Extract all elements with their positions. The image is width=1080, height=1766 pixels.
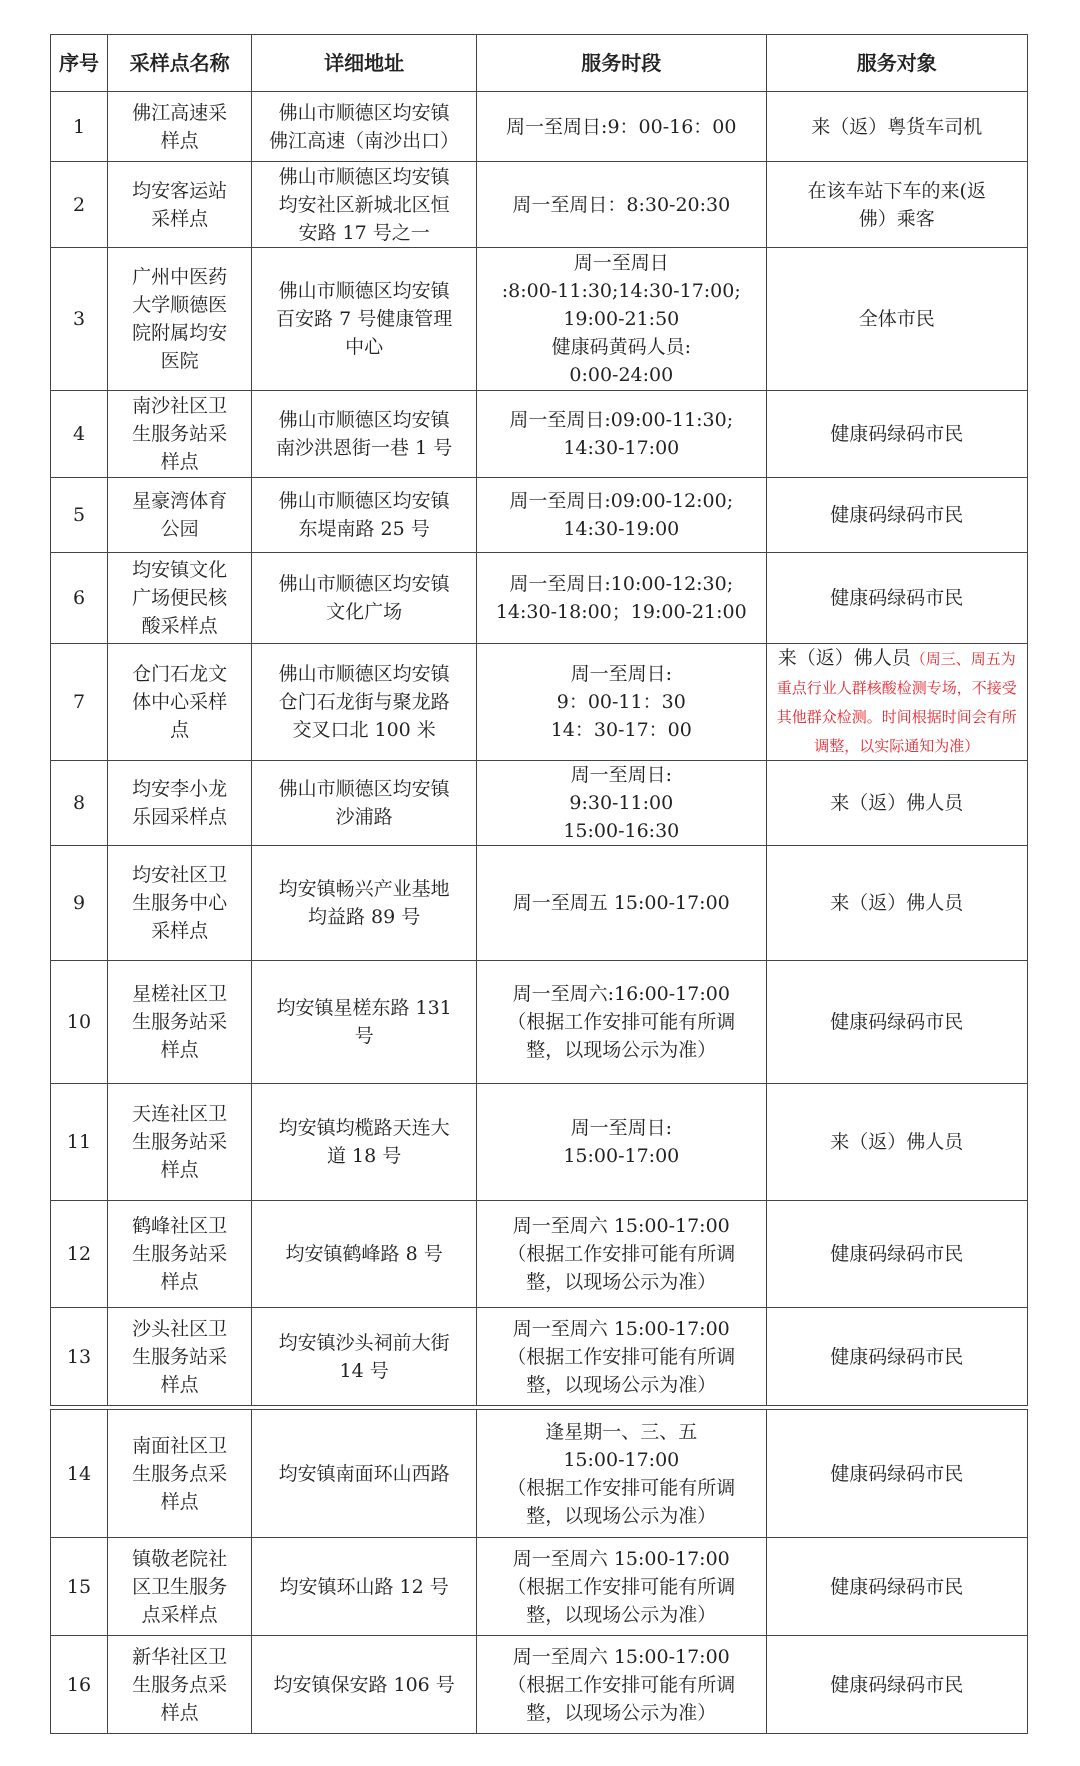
cell-hours-line: 周一至周日: xyxy=(483,1114,759,1142)
cell-site-name-line: 鹤峰社区卫 xyxy=(114,1212,245,1240)
cell-target-line: 健康码绿码市民 xyxy=(773,501,1022,529)
cell-hours: 周一至周日:8:00-11:30;14:30-17:00;19:00-21:50… xyxy=(477,248,766,391)
cell-site-name: 星豪湾体育公园 xyxy=(108,478,252,553)
cell-address-line: 均安镇鹤峰路 8 号 xyxy=(258,1240,470,1268)
cell-no: 6 xyxy=(51,553,108,644)
cell-site-name-line: 样点 xyxy=(114,1371,245,1399)
cell-site-name-line: 星槎社区卫 xyxy=(114,980,245,1008)
cell-site-name-line: 生服务点采 xyxy=(114,1671,245,1699)
cell-hours-line: 整，以现场公示为准） xyxy=(483,1268,759,1296)
cell-address: 均安镇沙头祠前大街14 号 xyxy=(252,1308,477,1406)
cell-target: 来（返）粤货车司机 xyxy=(766,92,1028,162)
cell-address: 均安镇鹤峰路 8 号 xyxy=(252,1201,477,1308)
cell-site-name-line: 广州中医药 xyxy=(114,263,245,291)
cell-address-line: 佛江高速（南沙出口） xyxy=(258,127,470,155)
cell-hours-line: :8:00-11:30;14:30-17:00; xyxy=(483,277,759,305)
cell-address-line: 佛山市顺德区均安镇 xyxy=(258,99,470,127)
cell-hours-line: 15:00-17:00 xyxy=(483,1142,759,1170)
cell-hours-line: 周一至周六 15:00-17:00 xyxy=(483,1315,759,1343)
cell-site-name: 南面社区卫生服务点采样点 xyxy=(108,1410,252,1538)
cell-hours: 周一至周日:15:00-17:00 xyxy=(477,1084,766,1201)
cell-target: 健康码绿码市民 xyxy=(766,961,1028,1084)
cell-hours-line: 周一至周六 15:00-17:00 xyxy=(483,1643,759,1671)
cell-address-line: 号 xyxy=(258,1022,470,1050)
table-row: 8均安李小龙乐园采样点佛山市顺德区均安镇沙浦路周一至周日:9:30-11:001… xyxy=(51,761,1028,846)
cell-hours: 周一至周六 15:00-17:00（根据工作安排可能有所调整，以现场公示为准） xyxy=(477,1201,766,1308)
cell-site-name: 星槎社区卫生服务站采样点 xyxy=(108,961,252,1084)
cell-site-name-line: 采样点 xyxy=(114,205,245,233)
cell-hours: 周一至周五 15:00-17:00 xyxy=(477,846,766,961)
table-row: 16新华社区卫生服务点采样点均安镇保安路 106 号周一至周六 15:00-17… xyxy=(51,1636,1028,1734)
table-row: 2均安客运站采样点佛山市顺德区均安镇均安社区新城北区恒安路 17 号之一周一至周… xyxy=(51,162,1028,248)
cell-site-name-line: 均安社区卫 xyxy=(114,861,245,889)
cell-site-name-line: 医院 xyxy=(114,347,245,375)
cell-site-name-line: 星豪湾体育 xyxy=(114,487,245,515)
cell-target-line: 健康码绿码市民 xyxy=(773,584,1022,612)
cell-hours-line: 周一至周六 15:00-17:00 xyxy=(483,1212,759,1240)
table-row: 10星槎社区卫生服务站采样点均安镇星槎东路 131号周一至周六:16:00-17… xyxy=(51,961,1028,1084)
cell-target-line: 来（返）佛人员 xyxy=(773,889,1022,917)
cell-hours-line: 周一至周六:16:00-17:00 xyxy=(483,980,759,1008)
cell-target: 在该车站下车的来(返佛）乘客 xyxy=(766,162,1028,248)
cell-address: 佛山市顺德区均安镇仓门石龙街与聚龙路交叉口北 100 米 xyxy=(252,644,477,761)
cell-site-name-line: 生服务站采 xyxy=(114,1343,245,1371)
cell-target-line: 佛）乘客 xyxy=(773,205,1022,233)
cell-address-line: 道 18 号 xyxy=(258,1142,470,1170)
cell-site-name-line: 样点 xyxy=(114,448,245,476)
cell-site-name-line: 点 xyxy=(114,716,245,744)
cell-hours-line: 14:30-17:00 xyxy=(483,434,759,462)
cell-no: 8 xyxy=(51,761,108,846)
cell-target: 健康码绿码市民 xyxy=(766,478,1028,553)
cell-address: 佛山市顺德区均安镇文化广场 xyxy=(252,553,477,644)
cell-hours-line: 健康码黄码人员: xyxy=(483,333,759,361)
cell-hours-line: 周一至周日 xyxy=(483,249,759,277)
cell-site-name-line: 生服务站采 xyxy=(114,420,245,448)
cell-hours-line: 14:30-19:00 xyxy=(483,515,759,543)
cell-site-name: 天连社区卫生服务站采样点 xyxy=(108,1084,252,1201)
cell-address-line: 佛山市顺德区均安镇 xyxy=(258,487,470,515)
cell-site-name: 均安客运站采样点 xyxy=(108,162,252,248)
cell-site-name: 均安李小龙乐园采样点 xyxy=(108,761,252,846)
cell-site-name-line: 点采样点 xyxy=(114,1601,245,1629)
cell-hours-line: 14：30-17：00 xyxy=(483,716,759,744)
cell-hours-line: 周一至周日:10:00-12:30; xyxy=(483,570,759,598)
cell-address-line: 中心 xyxy=(258,333,470,361)
cell-address-line: 文化广场 xyxy=(258,598,470,626)
cell-address: 均安镇保安路 106 号 xyxy=(252,1636,477,1734)
cell-address-line: 均安镇畅兴产业基地 xyxy=(258,875,470,903)
cell-no: 9 xyxy=(51,846,108,961)
cell-site-name-line: 均安镇文化 xyxy=(114,556,245,584)
cell-hours-line: 19:00-21:50 xyxy=(483,305,759,333)
cell-address-line: 佛山市顺德区均安镇 xyxy=(258,163,470,191)
cell-hours-line: 周一至周日:09:00-11:30; xyxy=(483,406,759,434)
cell-address-line: 均安镇沙头祠前大街 xyxy=(258,1329,470,1357)
cell-address-line: 沙浦路 xyxy=(258,803,470,831)
cell-hours: 周一至周六 15:00-17:00（根据工作安排可能有所调整，以现场公示为准） xyxy=(477,1308,766,1406)
header-no: 序号 xyxy=(51,35,108,92)
cell-site-name-line: 采样点 xyxy=(114,917,245,945)
cell-hours-line: 15:00-17:00 xyxy=(483,1446,759,1474)
cell-site-name: 均安镇文化广场便民核酸采样点 xyxy=(108,553,252,644)
cell-target-line: 健康码绿码市民 xyxy=(773,1240,1022,1268)
cell-hours-line: 整，以现场公示为准） xyxy=(483,1371,759,1399)
cell-hours: 周一至周六 15:00-17:00（根据工作安排可能有所调整，以现场公示为准） xyxy=(477,1636,766,1734)
cell-target-line: 来（返）佛人员 xyxy=(773,789,1022,817)
cell-hours-line: （根据工作安排可能有所调 xyxy=(483,1343,759,1371)
cell-address-line: 均安镇均榄路天连大 xyxy=(258,1114,470,1142)
cell-site-name: 新华社区卫生服务点采样点 xyxy=(108,1636,252,1734)
cell-hours-line: 0:00-24:00 xyxy=(483,361,759,389)
cell-address-line: 均安镇南面环山西路 xyxy=(258,1460,470,1488)
cell-target: 全体市民 xyxy=(766,248,1028,391)
cell-no: 14 xyxy=(51,1410,108,1538)
table-row: 9均安社区卫生服务中心采样点均安镇畅兴产业基地均益路 89 号周一至周五 15:… xyxy=(51,846,1028,961)
cell-target: 健康码绿码市民 xyxy=(766,1308,1028,1406)
cell-hours-line: 周一至周六 15:00-17:00 xyxy=(483,1545,759,1573)
cell-target-line: 健康码绿码市民 xyxy=(773,1573,1022,1601)
sampling-sites-table-continued: 14南面社区卫生服务点采样点均安镇南面环山西路逢星期一、三、五15:00-17:… xyxy=(50,1409,1028,1734)
table-row: 11天连社区卫生服务站采样点均安镇均榄路天连大道 18 号周一至周日:15:00… xyxy=(51,1084,1028,1201)
cell-hours-line: 逢星期一、三、五 xyxy=(483,1418,759,1446)
header-hours: 服务时段 xyxy=(477,35,766,92)
cell-hours: 周一至周日:9：00-11：3014：30-17：00 xyxy=(477,644,766,761)
cell-hours-line: （根据工作安排可能有所调 xyxy=(483,1008,759,1036)
cell-site-name-line: 沙头社区卫 xyxy=(114,1315,245,1343)
cell-address: 佛山市顺德区均安镇均安社区新城北区恒安路 17 号之一 xyxy=(252,162,477,248)
cell-hours-line: 周一至周五 15:00-17:00 xyxy=(483,889,759,917)
cell-site-name-line: 生服务站采 xyxy=(114,1240,245,1268)
cell-target: 来（返）佛人员（周三、周五为重点行业人群核酸检测专场，不接受其他群众检测。时间根… xyxy=(766,644,1028,761)
cell-hours-line: 15:00-16:30 xyxy=(483,817,759,845)
cell-site-name-line: 生服务站采 xyxy=(114,1128,245,1156)
cell-address-line: 仓门石龙街与聚龙路 xyxy=(258,688,470,716)
cell-target-line: 来（返）佛人员 xyxy=(773,1128,1022,1156)
cell-target: 健康码绿码市民 xyxy=(766,391,1028,478)
cell-site-name-line: 南沙社区卫 xyxy=(114,392,245,420)
cell-hours-line: （根据工作安排可能有所调 xyxy=(483,1240,759,1268)
header-address: 详细地址 xyxy=(252,35,477,92)
cell-hours: 周一至周日:09:00-11:30;14:30-17:00 xyxy=(477,391,766,478)
cell-site-name-line: 仓门石龙文 xyxy=(114,660,245,688)
cell-no: 2 xyxy=(51,162,108,248)
header-row: 序号 采样点名称 详细地址 服务时段 服务对象 xyxy=(51,35,1028,92)
cell-target-line: 健康码绿码市民 xyxy=(773,1343,1022,1371)
cell-address: 均安镇星槎东路 131号 xyxy=(252,961,477,1084)
cell-hours-line: （根据工作安排可能有所调 xyxy=(483,1573,759,1601)
cell-site-name-line: 体中心采样 xyxy=(114,688,245,716)
cell-hours: 周一至周日:09:00-12:00;14:30-19:00 xyxy=(477,478,766,553)
cell-hours: 周一至周六 15:00-17:00（根据工作安排可能有所调整，以现场公示为准） xyxy=(477,1538,766,1636)
cell-hours: 周一至周日:9：00-16：00 xyxy=(477,92,766,162)
cell-hours: 周一至周日:10:00-12:30;14:30-18:00；19:00-21:0… xyxy=(477,553,766,644)
cell-site-name-line: 均安客运站 xyxy=(114,177,245,205)
cell-address-line: 均安社区新城北区恒 xyxy=(258,191,470,219)
cell-site-name-line: 生服务点采 xyxy=(114,1460,245,1488)
table-row: 1佛江高速采样点佛山市顺德区均安镇佛江高速（南沙出口）周一至周日:9：00-16… xyxy=(51,92,1028,162)
cell-target-line: 健康码绿码市民 xyxy=(773,1460,1022,1488)
cell-target: 来（返）佛人员 xyxy=(766,846,1028,961)
cell-site-name-line: 生服务中心 xyxy=(114,889,245,917)
cell-site-name: 广州中医药大学顺德医院附属均安医院 xyxy=(108,248,252,391)
cell-no: 3 xyxy=(51,248,108,391)
cell-hours-line: 周一至周日:9：00-16：00 xyxy=(483,113,759,141)
cell-site-name-line: 大学顺德医 xyxy=(114,291,245,319)
cell-address-line: 佛山市顺德区均安镇 xyxy=(258,775,470,803)
cell-site-name-line: 生服务站采 xyxy=(114,1008,245,1036)
cell-no: 13 xyxy=(51,1308,108,1406)
table-body: 1佛江高速采样点佛山市顺德区均安镇佛江高速（南沙出口）周一至周日:9：00-16… xyxy=(51,92,1028,1406)
cell-address: 均安镇环山路 12 号 xyxy=(252,1538,477,1636)
cell-site-name-line: 样点 xyxy=(114,1036,245,1064)
cell-no: 12 xyxy=(51,1201,108,1308)
cell-site-name-line: 酸采样点 xyxy=(114,612,245,640)
cell-hours: 周一至周日:9:30-11:0015:00-16:30 xyxy=(477,761,766,846)
cell-address-line: 均安镇星槎东路 131 xyxy=(258,994,470,1022)
table-row: 3广州中医药大学顺德医院附属均安医院佛山市顺德区均安镇百安路 7 号健康管理中心… xyxy=(51,248,1028,391)
cell-address-line: 均安镇环山路 12 号 xyxy=(258,1573,470,1601)
table-row: 7仓门石龙文体中心采样点佛山市顺德区均安镇仓门石龙街与聚龙路交叉口北 100 米… xyxy=(51,644,1028,761)
cell-no: 5 xyxy=(51,478,108,553)
cell-site-name: 南沙社区卫生服务站采样点 xyxy=(108,391,252,478)
header-target: 服务对象 xyxy=(766,35,1028,92)
cell-hours: 逢星期一、三、五15:00-17:00（根据工作安排可能有所调整，以现场公示为准… xyxy=(477,1410,766,1538)
cell-site-name-line: 新华社区卫 xyxy=(114,1643,245,1671)
table-body: 14南面社区卫生服务点采样点均安镇南面环山西路逢星期一、三、五15:00-17:… xyxy=(51,1410,1028,1734)
table-row: 15镇敬老院社区卫生服务点采样点均安镇环山路 12 号周一至周六 15:00-1… xyxy=(51,1538,1028,1636)
cell-target: 健康码绿码市民 xyxy=(766,553,1028,644)
cell-target-line: 健康码绿码市民 xyxy=(773,1008,1022,1036)
cell-address-line: 南沙洪恩街一巷 1 号 xyxy=(258,434,470,462)
cell-site-name-line: 广场便民核 xyxy=(114,584,245,612)
cell-hours-line: 周一至周日：8:30-20:30 xyxy=(483,191,759,219)
cell-site-name: 仓门石龙文体中心采样点 xyxy=(108,644,252,761)
cell-site-name-line: 样点 xyxy=(114,1156,245,1184)
cell-target: 来（返）佛人员 xyxy=(766,1084,1028,1201)
cell-no: 11 xyxy=(51,1084,108,1201)
cell-address: 佛山市顺德区均安镇百安路 7 号健康管理中心 xyxy=(252,248,477,391)
cell-address-line: 佛山市顺德区均安镇 xyxy=(258,570,470,598)
cell-address: 佛山市顺德区均安镇沙浦路 xyxy=(252,761,477,846)
cell-no: 1 xyxy=(51,92,108,162)
cell-site-name-line: 均安李小龙 xyxy=(114,775,245,803)
cell-hours-line: 9：00-11：30 xyxy=(483,688,759,716)
cell-hours-line: 整，以现场公示为准） xyxy=(483,1601,759,1629)
cell-hours: 周一至周六:16:00-17:00（根据工作安排可能有所调整，以现场公示为准） xyxy=(477,961,766,1084)
cell-no: 16 xyxy=(51,1636,108,1734)
cell-site-name-line: 样点 xyxy=(114,1488,245,1516)
cell-site-name-line: 南面社区卫 xyxy=(114,1432,245,1460)
cell-hours-line: 14:30-18:00；19:00-21:00 xyxy=(483,598,759,626)
cell-site-name-line: 公园 xyxy=(114,515,245,543)
cell-no: 7 xyxy=(51,644,108,761)
cell-site-name-line: 样点 xyxy=(114,1268,245,1296)
table-row: 14南面社区卫生服务点采样点均安镇南面环山西路逢星期一、三、五15:00-17:… xyxy=(51,1410,1028,1538)
cell-site-name-line: 院附属均安 xyxy=(114,319,245,347)
cell-address-line: 佛山市顺德区均安镇 xyxy=(258,406,470,434)
cell-site-name-line: 样点 xyxy=(114,127,245,155)
cell-address-line: 佛山市顺德区均安镇 xyxy=(258,660,470,688)
cell-address: 均安镇均榄路天连大道 18 号 xyxy=(252,1084,477,1201)
cell-target: 来（返）佛人员 xyxy=(766,761,1028,846)
cell-address-line: 均安镇保安路 106 号 xyxy=(258,1671,470,1699)
cell-target-line: 来（返）粤货车司机 xyxy=(773,113,1022,141)
cell-site-name-line: 区卫生服务 xyxy=(114,1573,245,1601)
cell-site-name-line: 天连社区卫 xyxy=(114,1100,245,1128)
cell-hours-line: 周一至周日: xyxy=(483,660,759,688)
cell-address: 佛山市顺德区均安镇南沙洪恩街一巷 1 号 xyxy=(252,391,477,478)
cell-address: 均安镇畅兴产业基地均益路 89 号 xyxy=(252,846,477,961)
cell-address: 均安镇南面环山西路 xyxy=(252,1410,477,1538)
table-row: 12鹤峰社区卫生服务站采样点均安镇鹤峰路 8 号周一至周六 15:00-17:0… xyxy=(51,1201,1028,1308)
cell-address-line: 东堤南路 25 号 xyxy=(258,515,470,543)
cell-hours-line: 周一至周日: xyxy=(483,761,759,789)
cell-hours-line: 整，以现场公示为准） xyxy=(483,1036,759,1064)
cell-no: 10 xyxy=(51,961,108,1084)
cell-site-name-line: 样点 xyxy=(114,1699,245,1727)
cell-address: 佛山市顺德区均安镇佛江高速（南沙出口） xyxy=(252,92,477,162)
cell-address-line: 百安路 7 号健康管理 xyxy=(258,305,470,333)
cell-hours-line: 9:30-11:00 xyxy=(483,789,759,817)
table-row: 13沙头社区卫生服务站采样点均安镇沙头祠前大街14 号周一至周六 15:00-1… xyxy=(51,1308,1028,1406)
cell-hours-line: （根据工作安排可能有所调 xyxy=(483,1474,759,1502)
cell-no: 15 xyxy=(51,1538,108,1636)
cell-site-name-line: 乐园采样点 xyxy=(114,803,245,831)
cell-site-name: 佛江高速采样点 xyxy=(108,92,252,162)
cell-address-line: 均益路 89 号 xyxy=(258,903,470,931)
cell-site-name-line: 镇敬老院社 xyxy=(114,1545,245,1573)
cell-target-line: 健康码绿码市民 xyxy=(773,1671,1022,1699)
cell-address-line: 安路 17 号之一 xyxy=(258,219,470,247)
cell-hours-line: （根据工作安排可能有所调 xyxy=(483,1671,759,1699)
cell-target: 健康码绿码市民 xyxy=(766,1201,1028,1308)
cell-hours: 周一至周日：8:30-20:30 xyxy=(477,162,766,248)
cell-hours-line: 整，以现场公示为准） xyxy=(483,1502,759,1530)
table-row: 4南沙社区卫生服务站采样点佛山市顺德区均安镇南沙洪恩街一巷 1 号周一至周日:0… xyxy=(51,391,1028,478)
header-name: 采样点名称 xyxy=(108,35,252,92)
cell-target: 健康码绿码市民 xyxy=(766,1538,1028,1636)
cell-target-line: 健康码绿码市民 xyxy=(773,420,1022,448)
cell-target-line: 来（返）佛人员 xyxy=(778,647,911,669)
cell-target: 健康码绿码市民 xyxy=(766,1636,1028,1734)
cell-target-line: 在该车站下车的来(返 xyxy=(773,177,1022,205)
cell-site-name: 均安社区卫生服务中心采样点 xyxy=(108,846,252,961)
cell-target-line: 全体市民 xyxy=(773,305,1022,333)
cell-address-line: 交叉口北 100 米 xyxy=(258,716,470,744)
cell-target: 健康码绿码市民 xyxy=(766,1410,1028,1538)
cell-site-name: 沙头社区卫生服务站采样点 xyxy=(108,1308,252,1406)
cell-site-name: 鹤峰社区卫生服务站采样点 xyxy=(108,1201,252,1308)
table-row: 5星豪湾体育公园佛山市顺德区均安镇东堤南路 25 号周一至周日:09:00-12… xyxy=(51,478,1028,553)
cell-site-name-line: 佛江高速采 xyxy=(114,99,245,127)
cell-address-line: 14 号 xyxy=(258,1357,470,1385)
cell-hours-line: 周一至周日:09:00-12:00; xyxy=(483,487,759,515)
cell-address-line: 佛山市顺德区均安镇 xyxy=(258,277,470,305)
cell-address: 佛山市顺德区均安镇东堤南路 25 号 xyxy=(252,478,477,553)
table-row: 6均安镇文化广场便民核酸采样点佛山市顺德区均安镇文化广场周一至周日:10:00-… xyxy=(51,553,1028,644)
cell-no: 4 xyxy=(51,391,108,478)
sampling-sites-table: 序号 采样点名称 详细地址 服务时段 服务对象 1佛江高速采样点佛山市顺德区均安… xyxy=(50,34,1028,1406)
cell-hours-line: 整，以现场公示为准） xyxy=(483,1699,759,1727)
cell-site-name: 镇敬老院社区卫生服务点采样点 xyxy=(108,1538,252,1636)
